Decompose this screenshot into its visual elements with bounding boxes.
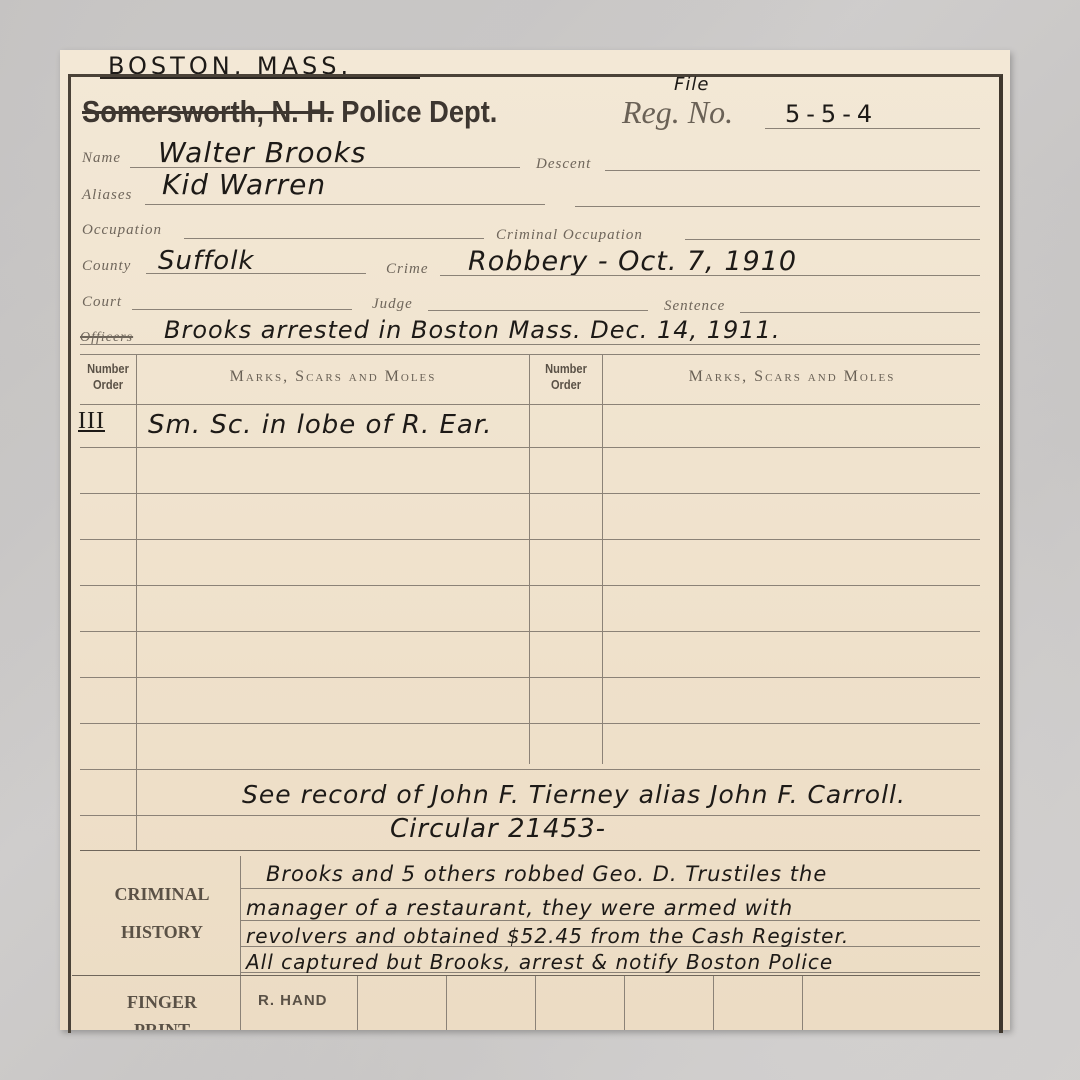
row-line <box>80 723 980 724</box>
finger-divider <box>446 976 447 1030</box>
dept-title: Police Dept. <box>341 94 497 129</box>
col-divider-1 <box>136 354 137 850</box>
row-line <box>80 447 980 448</box>
criminal-occupation-label: Criminal Occupation <box>496 227 643 244</box>
county-line <box>146 273 366 274</box>
finger-divider <box>357 976 358 1030</box>
history-line-4: All captured but Brooks, arrest & notify… <box>246 950 833 974</box>
file-insert: File <box>674 74 709 95</box>
table-top-line <box>80 354 980 355</box>
col-divider-2 <box>529 354 530 764</box>
county-label: County <box>82 258 131 275</box>
struck-printed-city: Somersworth, N. H. <box>82 94 334 129</box>
reg-label: Reg. <box>622 94 680 130</box>
occupation-line <box>184 238 484 239</box>
right-hand-label: R. HAND <box>258 992 328 1009</box>
fingerprint-top-line <box>72 975 980 976</box>
finger-divider <box>535 976 536 1030</box>
history-line <box>240 920 980 921</box>
col-marks-right: Marks, Scars and Moles <box>604 368 980 386</box>
print-label: PRINT <box>82 1020 242 1030</box>
history-line-2: manager of a restaurant, they were armed… <box>246 896 793 920</box>
police-record-card: BOSTON, MASS. Somersworth, N. H. Police … <box>60 50 1010 1030</box>
sentence-label: Sentence <box>664 298 725 315</box>
row-line <box>80 493 980 494</box>
finger-divider <box>624 976 625 1030</box>
descent-label: Descent <box>536 156 591 173</box>
aliases-value: Kid Warren <box>162 168 326 201</box>
reg-line <box>765 128 980 129</box>
crime-line <box>440 275 980 276</box>
mark-number: III <box>78 408 105 435</box>
reg-number: 5-5-4 <box>785 100 878 128</box>
finger-divider <box>802 976 803 1030</box>
criminal-label: CRIMINAL <box>82 884 242 905</box>
table-bottom-line <box>80 850 980 851</box>
history-label: HISTORY <box>82 922 242 943</box>
circular-note: Circular 21453- <box>390 814 606 844</box>
history-line-1: Brooks and 5 others robbed Geo. D. Trust… <box>266 862 827 886</box>
county-value: Suffolk <box>158 246 254 276</box>
court-line <box>132 309 352 310</box>
row-line <box>80 585 980 586</box>
officers-value: Brooks arrested in Boston Mass. Dec. 14,… <box>164 316 780 344</box>
judge-label: Judge <box>372 296 413 313</box>
name-value: Walter Brooks <box>158 136 367 169</box>
mark-description: Sm. Sc. in lobe of R. Ear. <box>148 410 492 440</box>
sentence-line <box>740 312 980 313</box>
crime-value: Robbery - Oct. 7, 1910 <box>468 246 797 277</box>
finger-label: FINGER <box>82 992 242 1013</box>
name-label: Name <box>82 150 121 167</box>
col-number-order-right: Number Order <box>537 361 595 393</box>
row-line <box>80 539 980 540</box>
header-bottom-line <box>80 404 980 405</box>
aliases-label: Aliases <box>82 187 132 204</box>
crime-label: Crime <box>386 261 429 278</box>
see-record-note: See record of John F. Tierney alias John… <box>242 780 906 809</box>
aliases-line-2 <box>575 206 980 207</box>
row-line <box>80 769 980 770</box>
court-label: Court <box>82 294 122 311</box>
descent-line <box>605 170 980 171</box>
history-line <box>240 888 980 889</box>
history-line-3: revolvers and obtained $52.45 from the C… <box>246 924 849 948</box>
col-divider-3 <box>602 354 603 764</box>
judge-line <box>428 310 648 311</box>
col-number-order-left: Number Order <box>86 361 130 393</box>
col-marks-left: Marks, Scars and Moles <box>138 368 528 386</box>
finger-divider <box>713 976 714 1030</box>
row-line <box>80 631 980 632</box>
aliases-line <box>145 204 545 205</box>
officers-line <box>80 344 980 345</box>
occupation-label: Occupation <box>82 222 162 239</box>
criminal-occupation-line <box>685 239 980 240</box>
no-label: No. <box>688 94 733 130</box>
row-line <box>80 677 980 678</box>
